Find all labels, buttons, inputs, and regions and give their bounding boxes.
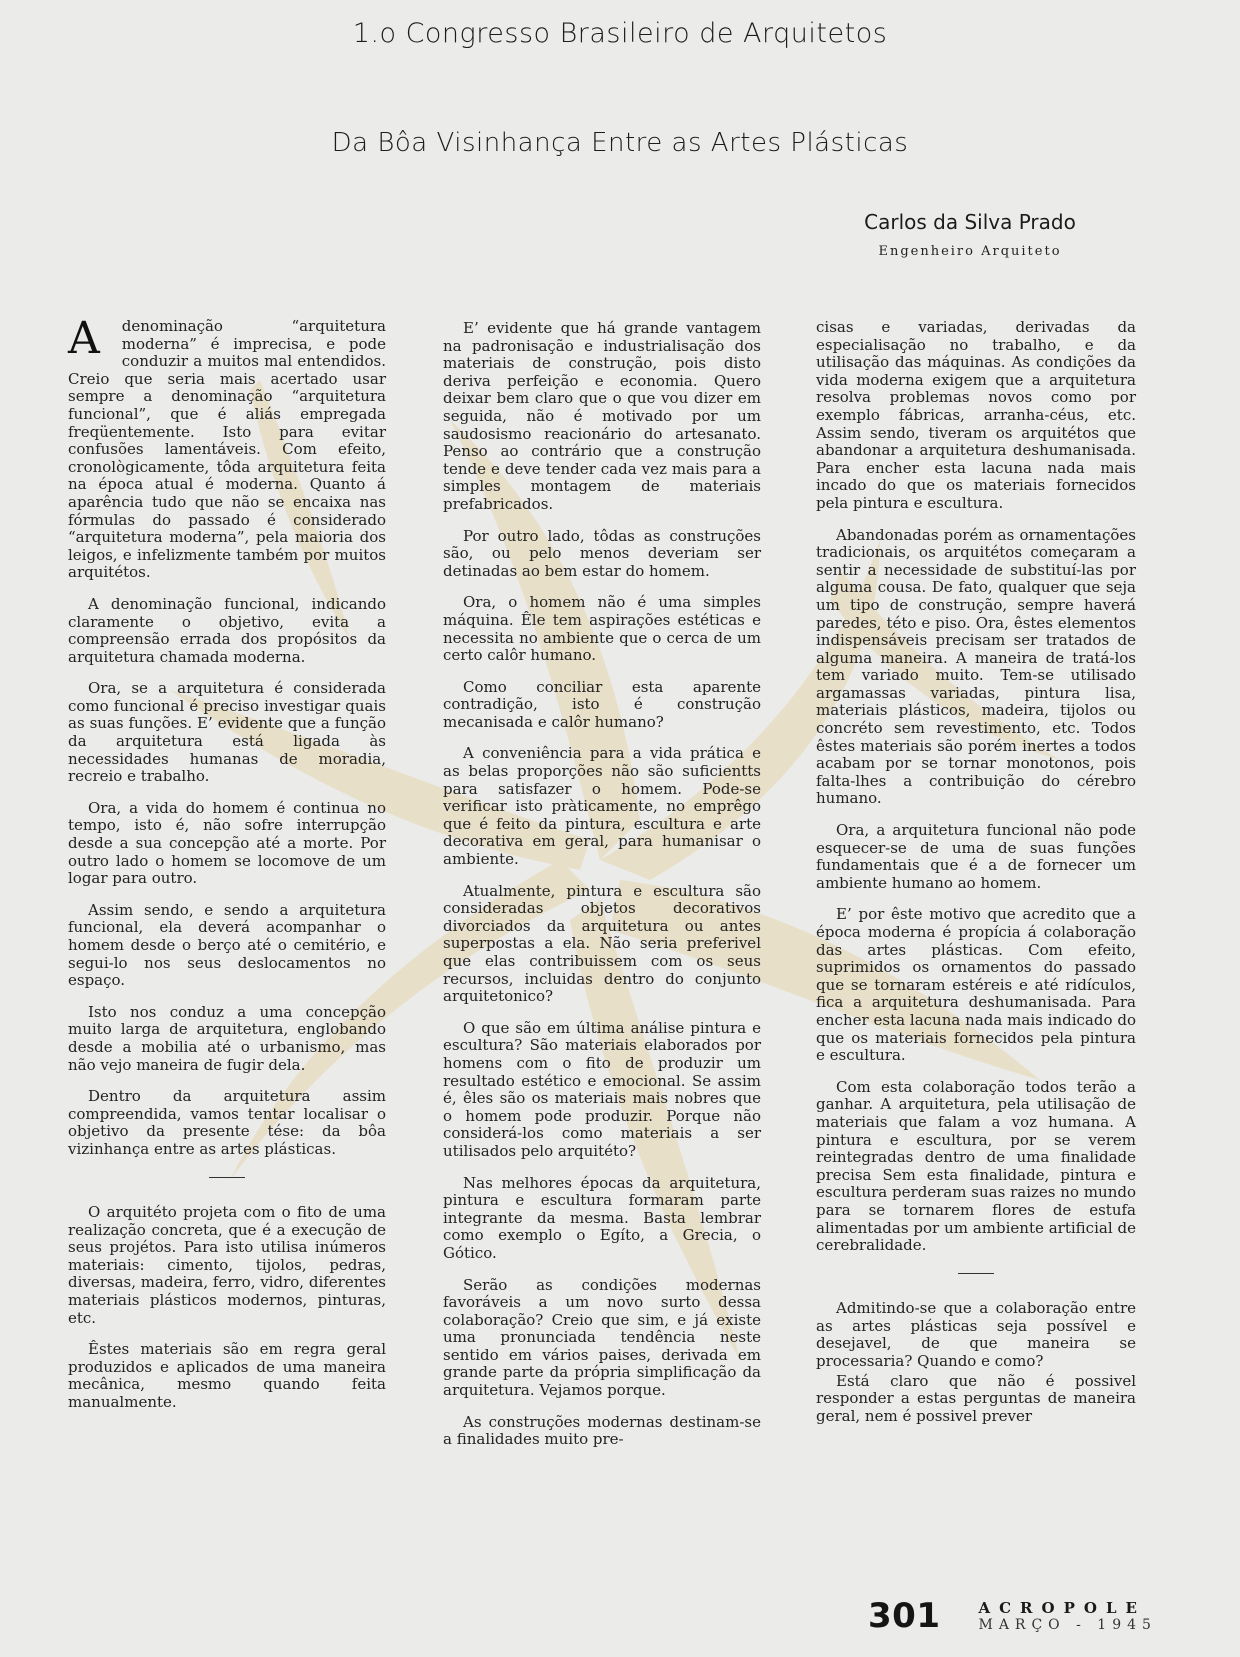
paragraph: E’ por êste motivo que acredito que a ép… [816, 906, 1136, 1064]
paragraph: O que são em última análise pintura e es… [443, 1020, 761, 1161]
article-column-1: Adenominação “arquitetura moderna” é imp… [68, 318, 386, 1426]
paragraph: Como conciliar esta aparente contradição… [443, 679, 761, 732]
section-divider [958, 1273, 994, 1275]
paragraph: As construções modernas destinam-se a fi… [443, 1414, 761, 1449]
article-title: Da Bôa Visinhança Entre as Artes Plástic… [0, 128, 1240, 158]
paragraph: Ora, o homem não é uma simples máquina. … [443, 594, 761, 664]
paragraph: Êstes materiais são em regra geral produ… [68, 1341, 386, 1411]
paragraph: cisas e variadas, derivadas da especiali… [816, 319, 1136, 513]
paragraph: Com esta colaboração todos terão a ganha… [816, 1079, 1136, 1255]
paragraph: E’ evidente que há grande vantagem na pa… [443, 320, 761, 514]
paragraph: Por outro lado, tôdas as construções são… [443, 528, 761, 581]
paragraph: Ora, a vida do homem é continua no tempo… [68, 800, 386, 888]
magazine-name: ACROPOLE [978, 1599, 1156, 1617]
author-block: Carlos da Silva Prado Engenheiro Arquite… [820, 210, 1120, 259]
paragraph: A denominação funcional, indicando clara… [68, 596, 386, 666]
paragraph: Está claro que não é possivel responder … [816, 1373, 1136, 1426]
paragraph: Atualmente, pintura e escultura são cons… [443, 883, 761, 1006]
author-name: Carlos da Silva Prado [820, 210, 1120, 234]
paragraph: Ora, se a arquitetura é considerada como… [68, 680, 386, 786]
magazine-info: ACROPOLE MARÇO - 1945 [978, 1599, 1156, 1633]
paragraph: Isto nos conduz a uma concepção muito la… [68, 1004, 386, 1074]
paragraph: Ora, a arquitetura funcional não pode es… [816, 822, 1136, 892]
paragraph: A conveniência para a vida prática e as … [443, 745, 761, 868]
paragraph: Serão as condições modernas favoráveis a… [443, 1277, 761, 1400]
issue-date: MARÇO - 1945 [978, 1617, 1156, 1633]
article-column-3: cisas e variadas, derivadas da especiali… [816, 319, 1136, 1439]
article-column-2: E’ evidente que há grande vantagem na pa… [443, 320, 761, 1463]
paragraph: Dentro da arquitetura assim compreendida… [68, 1088, 386, 1158]
drop-cap: A [68, 318, 122, 358]
page-footer: 301 ACROPOLE MARÇO - 1945 [868, 1596, 1157, 1636]
paragraph: Nas melhores épocas da arquitetura, pint… [443, 1175, 761, 1263]
paragraph: Adenominação “arquitetura moderna” é imp… [68, 318, 386, 582]
congress-heading: 1.o Congresso Brasileiro de Arquitetos [0, 18, 1240, 49]
paragraph: Admitindo-se que a colaboração entre as … [816, 1300, 1136, 1370]
paragraph: O arquitéto projeta com o fito de uma re… [68, 1204, 386, 1327]
section-divider [209, 1177, 245, 1179]
paragraph: Assim sendo, e sendo a arquitetura funci… [68, 902, 386, 990]
author-role: Engenheiro Arquiteto [820, 244, 1120, 259]
paragraph: Abandonadas porém as ornamentações tradi… [816, 527, 1136, 809]
page-number: 301 [868, 1596, 940, 1636]
